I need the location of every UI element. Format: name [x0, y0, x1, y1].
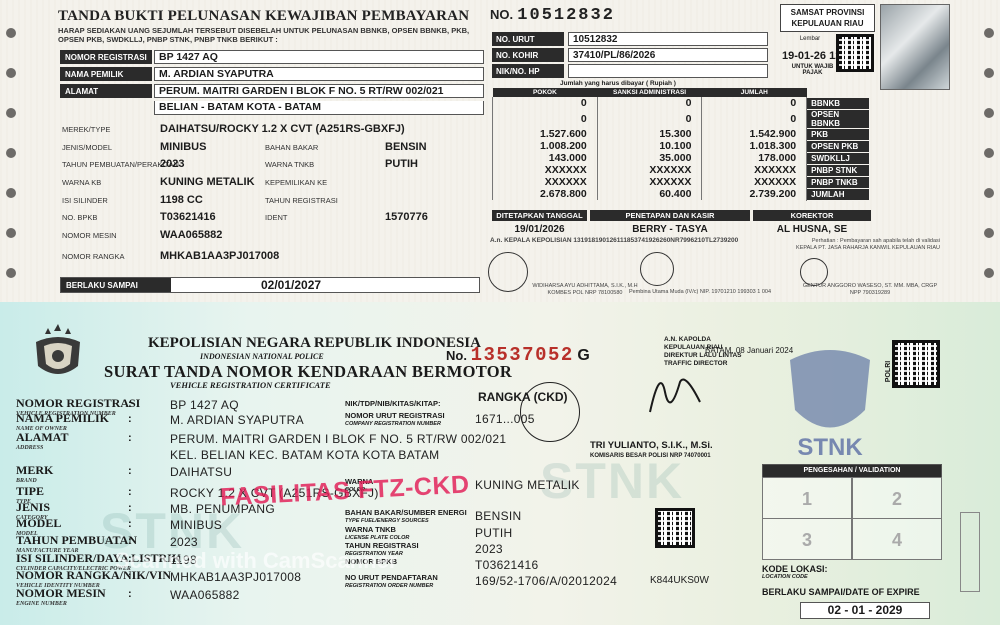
- fee-category: PKB: [807, 128, 870, 140]
- fee-pokok: XXXXXX: [493, 176, 598, 188]
- fee-row: 1.527.600 15.300 1.542.900 PKB: [493, 128, 870, 140]
- official-2: Pembina Utama Muda (IV/c) NIP. 19701210 …: [620, 289, 780, 296]
- pengesahan-label: PENGESAHAN / VALIDATION: [763, 465, 941, 477]
- value-alamat: PERUM. MAITRI GARDEN I BLOK F NO. 5 RT/R…: [154, 84, 484, 98]
- detail-label: BAHAN BAKAR: [265, 143, 318, 152]
- stnk-hologram-logo: STNK: [780, 330, 880, 460]
- ditetapkan-label: DITETAPKAN TANGGAL: [492, 210, 587, 221]
- stnk-field-label: WARNA TNKBLICENSE PLATE COLOR: [345, 526, 409, 542]
- korektor-label: KOREKTOR: [753, 210, 871, 221]
- fee-row: 143.000 35.000 178.000 SWDKLLJ: [493, 152, 870, 164]
- camscanner-watermark: Scanned with CamScanner: [115, 548, 397, 574]
- stnk-berlaku-value: 02 - 01 - 2029: [800, 602, 930, 619]
- samsat-box: SAMSAT PROVINSIKEPULAUAN RIAU: [780, 4, 875, 32]
- detail-value: MHKAB1AA3PJ017008: [160, 250, 279, 262]
- label-no-kohir: NO. KOHIR: [492, 48, 564, 62]
- label-alamat: ALAMAT: [60, 84, 152, 98]
- value-alamat-line2: BELIAN - BATAM KOTA - BATAM: [154, 101, 484, 115]
- stnk-certificate: STNK STNK KEPOLISIAN NEGARA REPUBLIK IND…: [0, 302, 1000, 625]
- pengesahan-box: PENGESAHAN / VALIDATION 1 2 3 4: [762, 464, 942, 560]
- police-seal-icon: [520, 382, 580, 442]
- fee-pokok: XXXXXX: [493, 164, 598, 176]
- stnk-field-value: KUNING METALIK: [475, 478, 580, 492]
- signature-icon: [640, 362, 710, 422]
- receipt-number: NO. 10512832: [490, 6, 615, 25]
- fee-sanksi: XXXXXX: [597, 164, 702, 176]
- fee-jumlah: 0: [702, 97, 807, 109]
- fee-pokok: 1.008.200: [493, 140, 598, 152]
- fee-row: 0 0 0 BBNKB: [493, 97, 870, 109]
- fee-sanksi: 15.300: [597, 128, 702, 140]
- fee-jumlah: 178.000: [702, 152, 807, 164]
- detail-value: 1570776: [385, 211, 428, 223]
- detail-label: JENIS/MODEL: [62, 143, 112, 152]
- fee-pokok: 1.527.600: [493, 128, 598, 140]
- detail-label: NOMOR MESIN: [62, 231, 117, 240]
- detail-value: T03621416: [160, 211, 216, 223]
- lembar-label: Lembar: [790, 36, 830, 42]
- fee-row: 1.008.200 10.100 1.018.300 OPSEN PKB: [493, 140, 870, 152]
- stnk-field-label: BAHAN BAKAR/SUMBER ENERGITYPE FUEL/ENERG…: [345, 509, 467, 525]
- detail-value: BENSIN: [385, 141, 427, 153]
- stnk-field-value: T03621416: [475, 558, 538, 572]
- fee-sanksi: 0: [597, 97, 702, 109]
- stnk-side-strip: [960, 512, 980, 592]
- detail-value: 1198 CC: [160, 194, 203, 206]
- fee-row: XXXXXX XXXXXX XXXXXX PNBP TNKB: [493, 176, 870, 188]
- validation-cell-4: 4: [852, 518, 942, 560]
- fee-jumlah: 0: [702, 109, 807, 128]
- label-no-urut: NO. URUT: [492, 32, 564, 46]
- stnk-org: KEPOLISIAN NEGARA REPUBLIK INDONESIA: [148, 335, 481, 352]
- payment-note: Perhatian : Pembayaran sah apabila telah…: [790, 238, 940, 251]
- stnk-field-value: BENSIN: [475, 509, 521, 523]
- fee-category: PNBP TNKB: [807, 176, 870, 188]
- label-nama-pemilik: NAMA PEMILIK: [60, 67, 152, 81]
- detail-label: WARNA TNKB: [265, 160, 314, 169]
- stnk-field-label: NOMOR URUT REGISTRASICOMPANY REGISTRATIO…: [345, 412, 445, 428]
- stnk-field-value: PUTIH: [475, 526, 513, 540]
- fee-category: BBNKB: [807, 97, 870, 109]
- jasa-raharja-logo-icon: [800, 258, 828, 286]
- stnk-field-value: WAA065882: [170, 588, 240, 602]
- fee-sanksi: XXXXXX: [597, 176, 702, 188]
- detail-value: KUNING METALIK: [160, 176, 255, 188]
- bapenda-stamp-icon: [640, 252, 674, 286]
- police-emblem-icon: [28, 322, 88, 384]
- police-stamp-icon: [488, 252, 528, 292]
- value-no-urut: 10512832: [568, 32, 768, 46]
- stnk-berlaku-label: BERLAKU SAMPAI/DATE OF EXPIRE: [762, 587, 920, 597]
- fee-category: SWDKLLJ: [807, 152, 870, 164]
- fee-category: JUMLAH: [807, 188, 870, 200]
- detail-value: WAA065882: [160, 229, 222, 241]
- untuk-label: UNTUK WAJIB PAJAK: [790, 64, 835, 76]
- value-nama-pemilik: M. ARDIAN SYAPUTRA: [154, 67, 484, 81]
- detail-value: DAIHATSU/ROCKY 1.2 X CVT (A251RS-GBXFJ): [160, 123, 405, 135]
- svg-text:STNK: STNK: [797, 434, 863, 460]
- berlaku-sampai-bar: BERLAKU SAMPAI 02/01/2027: [60, 277, 480, 293]
- fee-sanksi: 60.400: [597, 188, 702, 200]
- detail-label: TAHUN REGISTRASI: [265, 196, 338, 205]
- stnk-number: No. 13537052 G: [446, 344, 590, 366]
- detail-label: ISI SILINDER: [62, 196, 108, 205]
- stnk-field-value: DAIHATSU: [170, 465, 232, 479]
- official-3: GENTUR ANGGORO WASESO, ST. MM. MBA, CRGP…: [790, 283, 950, 296]
- validation-cell-1: 1: [762, 477, 852, 519]
- fee-pokok: 0: [493, 109, 598, 128]
- stnk-field-value: M. ARDIAN SYAPUTRA: [170, 413, 304, 427]
- stnk-field-value: 169/52-1706/A/02012024: [475, 574, 617, 588]
- berlaku-value: 02/01/2027: [261, 278, 321, 292]
- qr-code-text: K844UKS0W: [650, 575, 709, 586]
- stnk-qr-code-icon: [892, 340, 940, 388]
- col-sanksi: SANKSI ADMINISTRASI: [597, 88, 702, 97]
- value-no-kohir: 37410/PL/86/2026: [568, 48, 768, 62]
- penetapan-label: PENETAPAN DAN KASIR: [590, 210, 750, 221]
- ditetapkan-value: 19/01/2026: [492, 224, 587, 235]
- stnk-field-label: NO URUT PENDAFTARANREGISTRATION ORDER NU…: [345, 574, 438, 590]
- stnk-field-value: MINIBUS: [170, 518, 222, 532]
- perforation-holes-left: [0, 0, 22, 302]
- label-nomor-registrasi: NOMOR REGISTRASI: [60, 50, 152, 64]
- fee-jumlah: XXXXXX: [702, 176, 807, 188]
- fee-category: PNBP STNK: [807, 164, 870, 176]
- stnk-field-label: NIK/TDP/NIB/KITAS/KITAP:: [345, 400, 441, 408]
- fee-row: XXXXXX XXXXXX XXXXXX PNBP STNK: [493, 164, 870, 176]
- detail-value: MINIBUS: [160, 141, 206, 153]
- stnk-field-value: 2023: [170, 535, 198, 549]
- detail-value: PUTIH: [385, 158, 418, 170]
- detail-label: WARNA KB: [62, 178, 101, 187]
- berlaku-label: BERLAKU SAMPAI: [61, 278, 171, 292]
- receipt-title: TANDA BUKTI PELUNASAN KEWAJIBAN PEMBAYAR…: [58, 8, 469, 25]
- fee-sanksi: 10.100: [597, 140, 702, 152]
- value-nomor-registrasi: BP 1427 AQ: [154, 50, 484, 64]
- stnk-field-value: BP 1427 AQ: [170, 398, 239, 412]
- fee-jumlah: 1.018.300: [702, 140, 807, 152]
- detail-label: KEPEMILIKAN KE: [265, 178, 327, 187]
- stnk-field-value: PERUM. MAITRI GARDEN I BLOK F NO. 5 RT/R…: [170, 432, 506, 446]
- fee-pokok: 2.678.800: [493, 188, 598, 200]
- detail-label: NOMOR RANGKA: [62, 252, 125, 261]
- stnk-field-value: 2023: [475, 542, 503, 556]
- detail-label: MEREK/TYPE: [62, 125, 110, 134]
- stnk-field-value-alamat2: KEL. BELIAN KEC. BATAM KOTA KOTA BATAM: [170, 448, 439, 462]
- penetapan-value: BERRY - TASYA: [590, 224, 750, 235]
- fee-caption: Jumlah yang harus dibayar ( Rupiah ): [560, 80, 676, 87]
- col-jumlah: JUMLAH: [702, 88, 807, 97]
- fee-sanksi: 35.000: [597, 152, 702, 164]
- col-pokok: POKOK: [493, 88, 598, 97]
- fee-jumlah: XXXXXX: [702, 164, 807, 176]
- fee-category: OPSEN BBNKB: [807, 109, 870, 128]
- fee-jumlah: 1.542.900: [702, 128, 807, 140]
- kode-lokasi: KODE LOKASI:LOCATION CODE: [762, 564, 828, 580]
- fasilitas-stamp: FASILITAS FTZ-CKD: [219, 470, 470, 512]
- stnk-title-en: VEHICLE REGISTRATION CERTIFICATE: [170, 380, 331, 390]
- fee-jumlah: 2.739.200: [702, 188, 807, 200]
- perforation-holes-right: [978, 0, 1000, 302]
- fee-pokok: 143.000: [493, 152, 598, 164]
- fee-category: OPSEN PKB: [807, 140, 870, 152]
- label-nik-hp: NIK/NO. HP: [492, 64, 564, 78]
- stnk-org-en: INDONESIAN NATIONAL POLICE: [200, 352, 324, 361]
- validation-cell-2: 2: [852, 477, 942, 519]
- detail-label: IDENT: [265, 213, 288, 222]
- fee-row: 2.678.800 60.400 2.739.200 JUMLAH: [493, 188, 870, 200]
- value-nik-hp: [568, 64, 768, 78]
- fee-table: POKOK SANKSI ADMINISTRASI JUMLAH 0 0 0 B…: [492, 88, 870, 201]
- fee-row: 0 0 0 OPSEN BBNKB: [493, 109, 870, 128]
- stnk-field-label: NOMOR MESINENGINE NUMBER: [16, 588, 106, 610]
- signer-rank: KOMISARIS BESAR POLISI NRP 74070001: [590, 453, 711, 459]
- validation-cell-3: 3: [762, 518, 852, 560]
- fee-sanksi: 0: [597, 109, 702, 128]
- hologram-sticker: [880, 4, 950, 90]
- qr-code-icon-2: [655, 508, 695, 548]
- fee-pokok: 0: [493, 97, 598, 109]
- detail-value: 2023: [160, 158, 184, 170]
- korektor-value: AL HUSNA, SE: [753, 224, 871, 235]
- signer-name: TRI YULIANTO, S.I.K., M.Si.: [590, 440, 713, 451]
- tax-payment-receipt: TANDA BUKTI PELUNASAN KEWAJIBAN PEMBAYAR…: [0, 0, 1000, 302]
- receipt-subtitle: HARAP SEDIAKAN UANG SEJUMLAH TERSEBUT DI…: [58, 27, 478, 44]
- detail-label: NO. BPKB: [62, 213, 97, 222]
- stnk-field-label: ALAMATADDRESS: [16, 432, 68, 454]
- qr-code-icon: [836, 34, 874, 72]
